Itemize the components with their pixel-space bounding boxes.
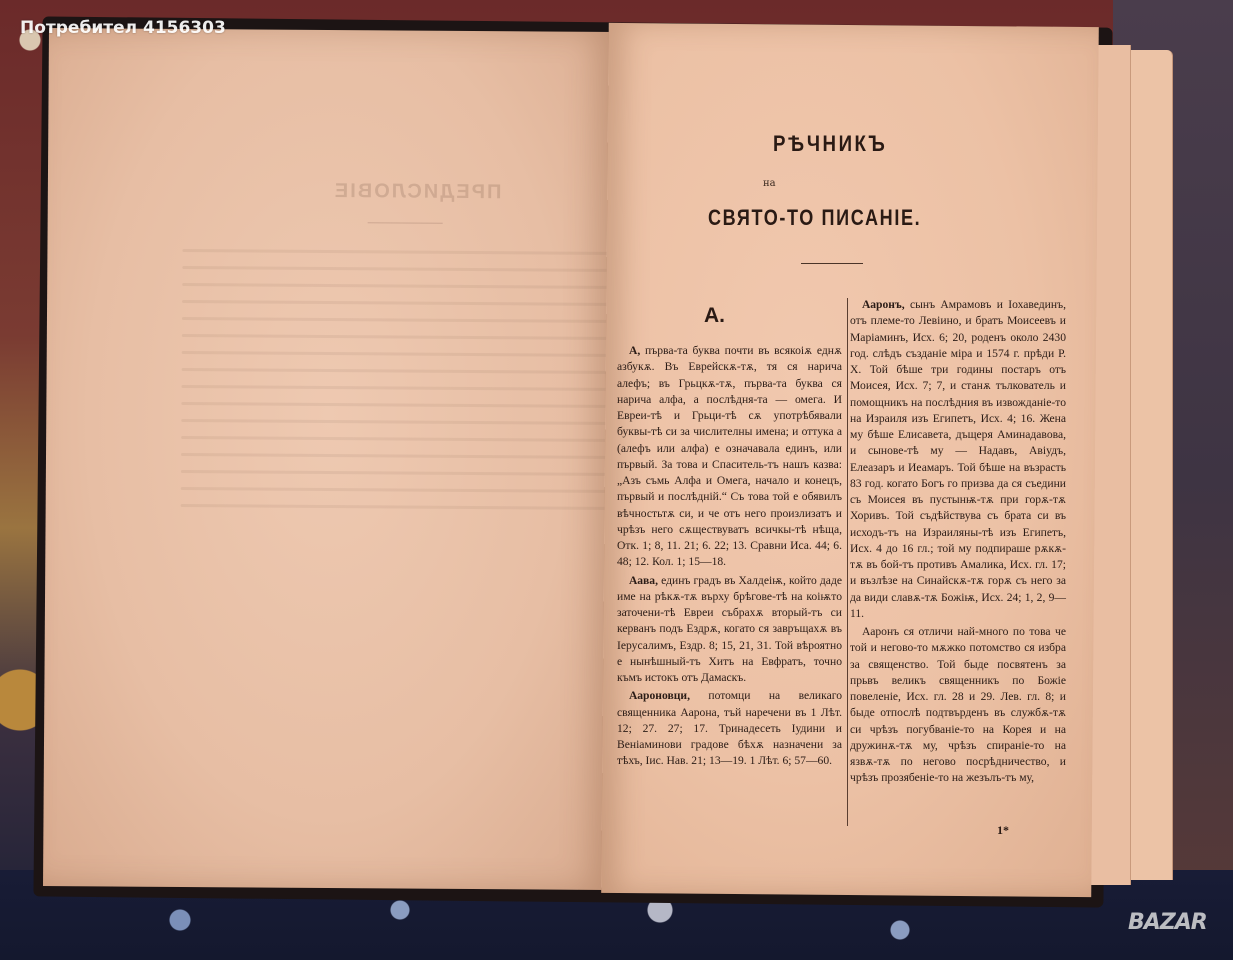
page-title-line2: СВЯТО-ТО ПИСАНІЕ. xyxy=(708,205,921,231)
entry-headword: А, xyxy=(629,344,640,357)
site-watermark-logo: BAZAR xyxy=(1128,910,1207,935)
entry-headword: Аароновци, xyxy=(629,689,690,702)
entry-text: сынъ Амрамовъ и Іохавединъ, отъ племе-то… xyxy=(850,298,1066,620)
entry-text: Ааронъ ся отличи най-много по това че то… xyxy=(850,625,1066,784)
user-watermark: Потребител 4156303 xyxy=(20,18,226,38)
entry-text: първа-та буква почти въ всякоіѫ еднѫ азб… xyxy=(617,344,842,568)
entry-aava: Аава, единъ градъ въ Халдеіѭ, който даде… xyxy=(617,573,842,687)
bleed-through-rule xyxy=(368,222,443,224)
column-divider xyxy=(847,298,848,826)
page-title-line1: РѢЧНИКЪ xyxy=(773,131,887,157)
entry-headword: Ааронъ, xyxy=(862,298,905,311)
entry-headword: Аава, xyxy=(629,574,658,587)
section-letter-heading: А. xyxy=(704,304,725,328)
entry-aaron: Ааронъ, сынъ Амрамовъ и Іохавединъ, отъ … xyxy=(850,297,1066,622)
right-text-column: Ааронъ, сынъ Амрамовъ и Іохавединъ, отъ … xyxy=(850,297,1066,787)
bleed-through-title: ПРЕДИСЛОВІЕ xyxy=(333,180,502,204)
left-page-blank: ПРЕДИСЛОВІЕ xyxy=(43,28,614,890)
entry-aaronovci: Аароновци, потомци на великаго священник… xyxy=(617,688,842,769)
title-rule xyxy=(801,263,863,264)
page-signature: 1* xyxy=(997,823,1009,838)
page-title-connector: на xyxy=(763,178,776,189)
entry-text: единъ градъ въ Халдеіѭ, който даде име н… xyxy=(617,574,842,685)
left-text-column: А, първа-та буква почти въ всякоіѫ еднѫ … xyxy=(617,343,842,770)
entry-a: А, първа-та буква почти въ всякоіѫ еднѫ … xyxy=(617,343,842,571)
bleed-through-text xyxy=(181,249,623,524)
entry-aaron-continued: Ааронъ ся отличи най-много по това че то… xyxy=(850,624,1066,787)
